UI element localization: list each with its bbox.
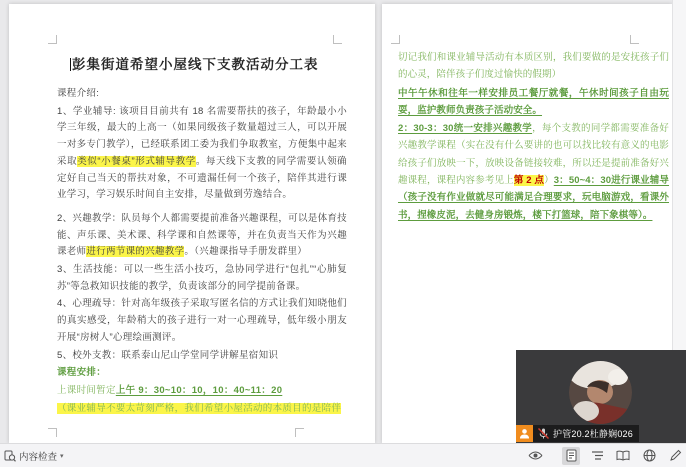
margin-mark-icon [48, 35, 57, 44]
web-layout-view-button[interactable] [640, 447, 658, 465]
highlighted-note: （课业辅导不要太苛刻严格，我们希望小屋活动的本质目的是陪伴 [57, 403, 341, 414]
microphone-muted-icon [537, 427, 550, 440]
margin-mark-icon [295, 428, 304, 437]
paragraph-psychological-counseling[interactable]: 4、心理疏导：针对高年级孩子采取写匿名信的方式让我们知晓他们的真实感受，年龄稍大… [57, 296, 347, 346]
margin-mark-icon [333, 35, 342, 44]
highlighted-point-ref: 第 2 点 [514, 175, 544, 186]
highlighted-text: 类似“小餐桌”形式辅导教学 [77, 156, 196, 167]
afternoon-interest-time: 2：30-3：30统一安排兴趣教学 [398, 123, 532, 134]
dropdown-arrow-icon: ▾ [60, 452, 64, 460]
paragraph-lunch-arrangement[interactable]: 中午午休和往年一样安排员工餐厅就餐，午休时间孩子自由玩耍，监护教师负责孩子活动安… [398, 85, 669, 120]
content-check-icon [4, 450, 16, 462]
note-line[interactable]: （课业辅导不要太苛刻严格，我们希望小屋活动的本质目的是陪伴 [57, 401, 347, 418]
margin-mark-icon [391, 35, 400, 44]
status-bar: 内容检查 ▾ [0, 443, 686, 467]
text-cursor [70, 58, 71, 71]
schedule-heading[interactable]: 课程安排： [57, 365, 347, 382]
print-layout-view-button[interactable] [562, 447, 580, 465]
margin-mark-icon [630, 35, 639, 44]
page-2-content[interactable]: 切记我们和课业辅导活动有本质区别，我们要做的是安抚孩子们的心灵，陪伴孩子们度过愉… [382, 4, 672, 224]
page-1-content[interactable]: 彭集街道希望小屋线下支教活动分工表 课程介绍: 1、学业辅导: 该项目目前共有 … [9, 4, 375, 417]
paragraph-afternoon-schedule[interactable]: 2：30-3：30统一安排兴趣教学，每个支教的同学都需要准备好兴趣教学课程（实在… [398, 120, 669, 224]
participant-name-bar: 护管20.2杜静娴026 [516, 425, 639, 442]
video-call-overlay[interactable]: 护管20.2杜静娴026 [516, 350, 686, 443]
class-time-line[interactable]: 上课时间暂定上午 9：30~10：10，10：40~11：20 [57, 383, 347, 400]
intro-label[interactable]: 课程介绍: [57, 86, 347, 103]
paragraph-academic-tutoring[interactable]: 1、学业辅导: 该项目目前共有 18 名需要帮扶的孩子，年龄最小小学三年级，最大… [57, 104, 347, 204]
document-title-text: 彭集街道希望小屋线下支教活动分工表 [72, 57, 319, 72]
paragraph-outside-teaching[interactable]: 5、校外支教：联系泰山尼山学堂同学讲解星宿知识 [57, 348, 347, 365]
class-time-range: 上午 9：30~10：10，10：40~11：20 [116, 385, 282, 396]
avatar-image [569, 361, 632, 424]
paragraph-life-skills[interactable]: 3、生活技能：可以一些生活小技巧，急协同学进行“包扎”“心肺复苏”等急救知识技能… [57, 262, 347, 295]
participant-name: 护管20.2杜静娴026 [553, 427, 633, 440]
paragraph-reminder[interactable]: 切记我们和课业辅导活动有本质区别，我们要做的是安抚孩子们的心灵，陪伴孩子们度过愉… [398, 49, 669, 84]
document-title: 彭集街道希望小屋线下支教活动分工表 [57, 53, 347, 73]
eye-protection-mode-button[interactable] [526, 447, 544, 465]
margin-mark-icon [48, 428, 57, 437]
participant-avatar [569, 361, 632, 424]
outline-view-button[interactable] [588, 447, 606, 465]
participant-badge-icon [516, 425, 533, 442]
read-mode-button[interactable] [614, 447, 632, 465]
document-page-1[interactable]: 彭集街道希望小屋线下支教活动分工表 课程介绍: 1、学业辅导: 该项目目前共有 … [9, 4, 375, 443]
content-check-label: 内容检查 [19, 449, 57, 463]
content-check-button[interactable]: 内容检查 ▾ [0, 449, 64, 463]
highlighted-text: 进行两节课的兴趣教学 [86, 246, 184, 257]
ink-edit-pen-button[interactable] [666, 447, 684, 465]
paragraph-interest-teaching[interactable]: 2、兴趣教学：队员每个人都需要提前准备兴趣课程，可以是体育技能、声乐课、美术课、… [57, 211, 347, 261]
